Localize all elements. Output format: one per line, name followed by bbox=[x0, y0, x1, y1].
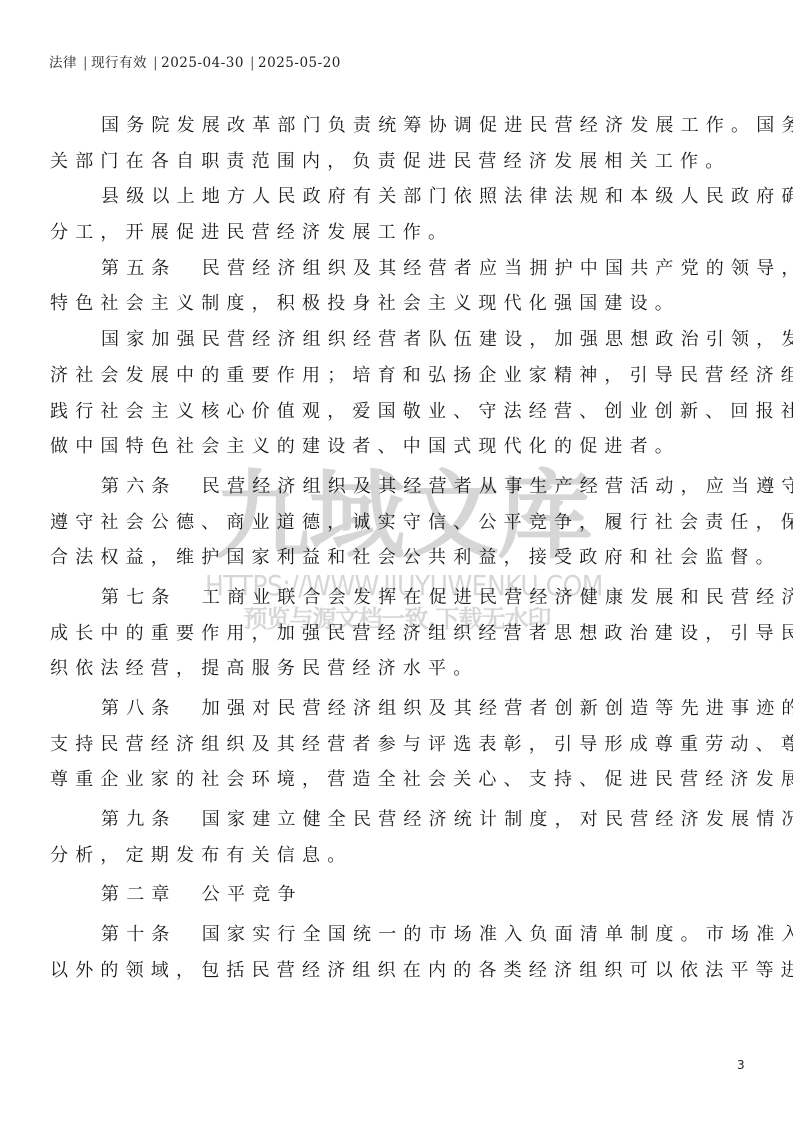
article-8-line: 尊重企业家的社会环境，营造全社会关心、支持、促进民营经济发展的氛围。 bbox=[50, 762, 742, 798]
article-10-line: 以外的领域，包括民营经济组织在内的各类经济组织可以依法平等进入。 bbox=[50, 953, 742, 989]
paragraph-line: 分工，开展促进民营经济发展工作。 bbox=[50, 215, 742, 251]
document-body: 国务院发展改革部门负责统筹协调促进民营经济发展工作。国务院其他有 关部门在各自职… bbox=[50, 108, 742, 989]
paragraph-line: 济社会发展中的重要作用；培育和弘扬企业家精神，引导民营经济组织经营者 bbox=[50, 358, 742, 394]
article-6-line: 合法权益，维护国家利益和社会公共利益，接受政府和社会监督。 bbox=[50, 540, 742, 576]
paragraph-line: 国务院发展改革部门负责统筹协调促进民营经济发展工作。国务院其他有 bbox=[50, 108, 742, 144]
article-6-line: 遵守社会公德、商业道德，诚实守信、公平竞争，履行社会责任，保障劳动者 bbox=[50, 505, 742, 541]
article-5-line: 第五条 民营经济组织及其经营者应当拥护中国共产党的领导，坚持中国 bbox=[50, 251, 742, 287]
separator: | bbox=[250, 55, 255, 71]
article-9-line: 第九条 国家建立健全民营经济统计制度，对民营经济发展情况进行统计 bbox=[50, 802, 742, 838]
separator: | bbox=[153, 55, 158, 71]
paragraph-line: 关部门在各自职责范围内，负责促进民营经济发展相关工作。 bbox=[50, 144, 742, 180]
paragraph-line: 做中国特色社会主义的建设者、中国式现代化的促进者。 bbox=[50, 429, 742, 465]
article-7-line: 织依法经营，提高服务民营经济水平。 bbox=[50, 651, 742, 687]
article-8-line: 支持民营经济组织及其经营者参与评选表彰，引导形成尊重劳动、尊重创造、 bbox=[50, 727, 742, 763]
article-6-line: 第六条 民营经济组织及其经营者从事生产经营活动，应当遵守法律法规， bbox=[50, 469, 742, 505]
article-10-line: 第十条 国家实行全国统一的市场准入负面清单制度。市场准入负面清单 bbox=[50, 917, 742, 953]
published-date: 2025-04-30 bbox=[161, 55, 244, 71]
article-9-line: 分析，定期发布有关信息。 bbox=[50, 838, 742, 874]
effective-date: 2025-05-20 bbox=[258, 55, 341, 71]
separator: | bbox=[83, 55, 88, 71]
article-7-line: 第七条 工商业联合会发挥在促进民营经济健康发展和民营经济人士健康 bbox=[50, 580, 742, 616]
paragraph-line: 践行社会主义核心价值观，爱国敬业、守法经营、创业创新、回报社会，坚定 bbox=[50, 394, 742, 430]
article-8-line: 第八条 加强对民营经济组织及其经营者创新创造等先进事迹的宣传报道， bbox=[50, 691, 742, 727]
document-meta-header: 法律|现行有效|2025-04-30|2025-05-20 bbox=[49, 51, 341, 71]
status-label: 现行有效 bbox=[91, 55, 147, 71]
chapter-heading: 第二章 公平竞争 bbox=[50, 877, 742, 913]
category-label: 法律 bbox=[49, 55, 77, 71]
article-7-line: 成长中的重要作用，加强民营经济组织经营者思想政治建设，引导民营经济组 bbox=[50, 616, 742, 652]
paragraph-line: 国家加强民营经济组织经营者队伍建设，加强思想政治引领，发挥其在经 bbox=[50, 322, 742, 358]
page-number: 3 bbox=[737, 1058, 745, 1072]
article-5-line: 特色社会主义制度，积极投身社会主义现代化强国建设。 bbox=[50, 286, 742, 322]
paragraph-line: 县级以上地方人民政府有关部门依照法律法规和本级人民政府确定的职责 bbox=[50, 179, 742, 215]
